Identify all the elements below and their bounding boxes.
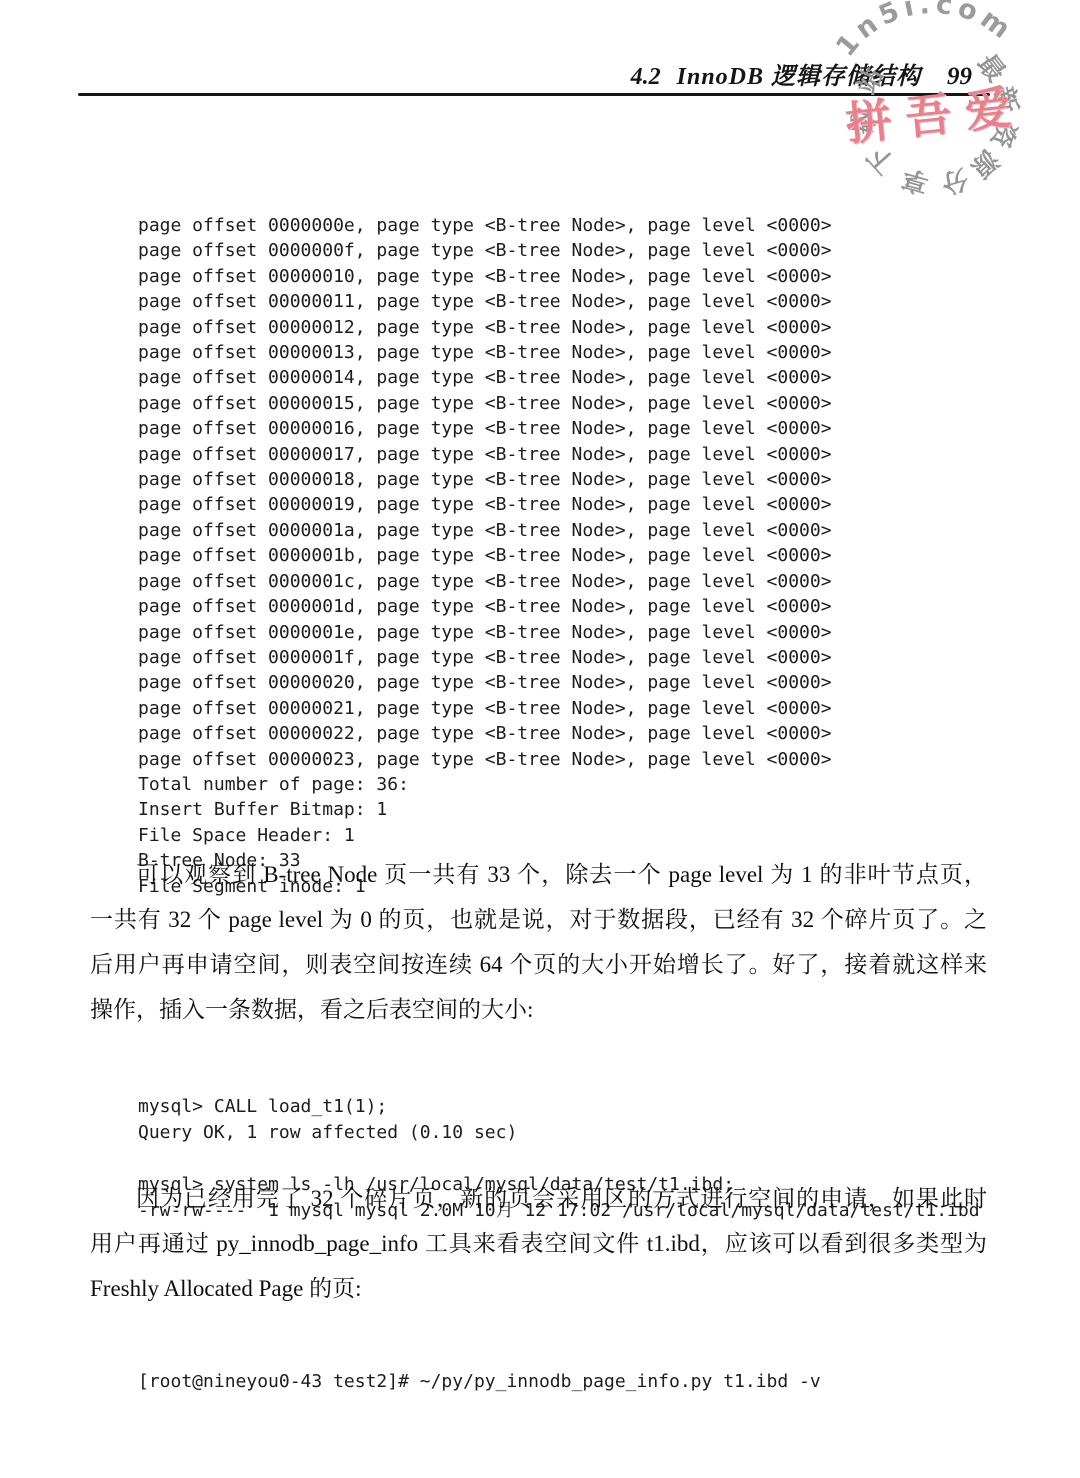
code-line: mysql> CALL load_t1(1); [138, 1094, 980, 1120]
code-line: page offset 0000001b, page type <B-tree … [138, 543, 832, 568]
code-line: page offset 0000001d, page type <B-tree … [138, 594, 832, 619]
watermark-arc-text: 1n5i.com [830, 0, 1019, 63]
watermark-ring-char: 最 [974, 47, 1013, 86]
code-line: page offset 00000021, page type <B-tree … [138, 696, 832, 721]
code-line: Query OK, 1 row affected (0.10 sec) [138, 1120, 980, 1146]
code-block-page-offsets: page offset 0000000e, page type <B-tree … [138, 150, 832, 899]
code-line [138, 1146, 980, 1172]
code-line: page offset 0000001a, page type <B-tree … [138, 518, 832, 543]
code-line: page offset 0000000e, page type <B-tree … [138, 213, 832, 238]
code-line: Insert Buffer Bitmap: 1 [138, 797, 832, 822]
code-line: page offset 00000010, page type <B-tree … [138, 264, 832, 289]
section-number: 4.2 [631, 64, 661, 91]
watermark-ring-char: 分 [938, 166, 973, 201]
code-line: page offset 00000023, page type <B-tree … [138, 747, 832, 772]
code-line: page offset 00000016, page type <B-tree … [138, 416, 832, 441]
paragraph-line: 可以观察到 B-tree Node 页一共有 33 个，除去一个 page le… [90, 852, 987, 897]
watermark-stamp: 1n5i.com 最新资源分享下载站 拼吾爱 [823, 0, 1047, 224]
code-line: page offset 0000000f, page type <B-tree … [138, 238, 832, 263]
body-paragraph-2: 因为已经用完了 32 个碎片页，新的页会采用区的方式进行空间的申请，如果此时用户… [90, 1176, 987, 1311]
code-line: page offset 0000001e, page type <B-tree … [138, 620, 832, 645]
code-line: page offset 00000017, page type <B-tree … [138, 442, 832, 467]
paragraph-line: 操作，插入一条数据，看之后表空间的大小: [90, 987, 987, 1032]
watermark-ring-char: 资 [988, 117, 1023, 152]
code-line: page offset 00000013, page type <B-tree … [138, 340, 832, 365]
code-line: page offset 00000014, page type <B-tree … [138, 365, 832, 390]
page-number: 99 [947, 63, 972, 91]
paragraph-line: 用户再通过 py_innodb_page_info 工具来看表空间文件 t1.i… [90, 1221, 987, 1266]
code-line: page offset 00000022, page type <B-tree … [138, 721, 832, 746]
svg-text:1n5i.com: 1n5i.com [830, 0, 1019, 63]
paragraph-line: 一共有 32 个 page level 为 0 的页，也就是说，对于数据段，已经… [90, 897, 987, 942]
code-line: File Space Header: 1 [138, 823, 832, 848]
code-line: page offset 00000019, page type <B-tree … [138, 492, 832, 517]
book-page: 4.2 InnoDB 逻辑存储结构 99 1n5i.com 最新资源分享下载站 … [0, 0, 1080, 1478]
watermark-ring-char: 载 [846, 106, 878, 138]
paragraph-line: 因为已经用完了 32 个碎片页，新的页会采用区的方式进行空间的申请，如果此时 [90, 1176, 987, 1221]
paragraph-line: 后用户再申请空间，则表空间按连续 64 个页的大小开始增长了。好了，接着就这样来 [90, 942, 987, 987]
section-title: InnoDB 逻辑存储结构 [677, 56, 921, 91]
paragraph-line: Freshly Allocated Page 的页: [90, 1266, 987, 1311]
code-line: page offset 00000011, page type <B-tree … [138, 289, 832, 314]
code-line: page offset 0000001f, page type <B-tree … [138, 645, 832, 670]
code-line: page offset 0000001c, page type <B-tree … [138, 569, 832, 594]
watermark-arc-svg: 1n5i.com [823, 0, 1047, 224]
header-rule [78, 93, 990, 96]
code-line: page offset 00000012, page type <B-tree … [138, 315, 832, 340]
body-paragraph-1: 可以观察到 B-tree Node 页一共有 33 个，除去一个 page le… [90, 852, 987, 1032]
code-line: page offset 00000018, page type <B-tree … [138, 467, 832, 492]
code-line: [root@nineyou0-43 test2]# ~/py/py_innodb… [138, 1369, 821, 1395]
watermark-ring: 最新资源分享下载站 [823, 0, 1047, 224]
code-line: Total number of page: 36: [138, 772, 832, 797]
watermark-ring-char: 源 [967, 145, 1007, 185]
code-block-shell-command: [root@nineyou0-43 test2]# ~/py/py_innodb… [138, 1306, 821, 1395]
code-line: page offset 00000015, page type <B-tree … [138, 391, 832, 416]
code-line: page offset 00000020, page type <B-tree … [138, 670, 832, 695]
page-header: 4.2 InnoDB 逻辑存储结构 99 [78, 56, 972, 91]
watermark-ring-char: 下 [860, 142, 900, 182]
watermark-ring-char: 享 [897, 166, 932, 201]
watermark-ring-char: 新 [992, 83, 1024, 115]
